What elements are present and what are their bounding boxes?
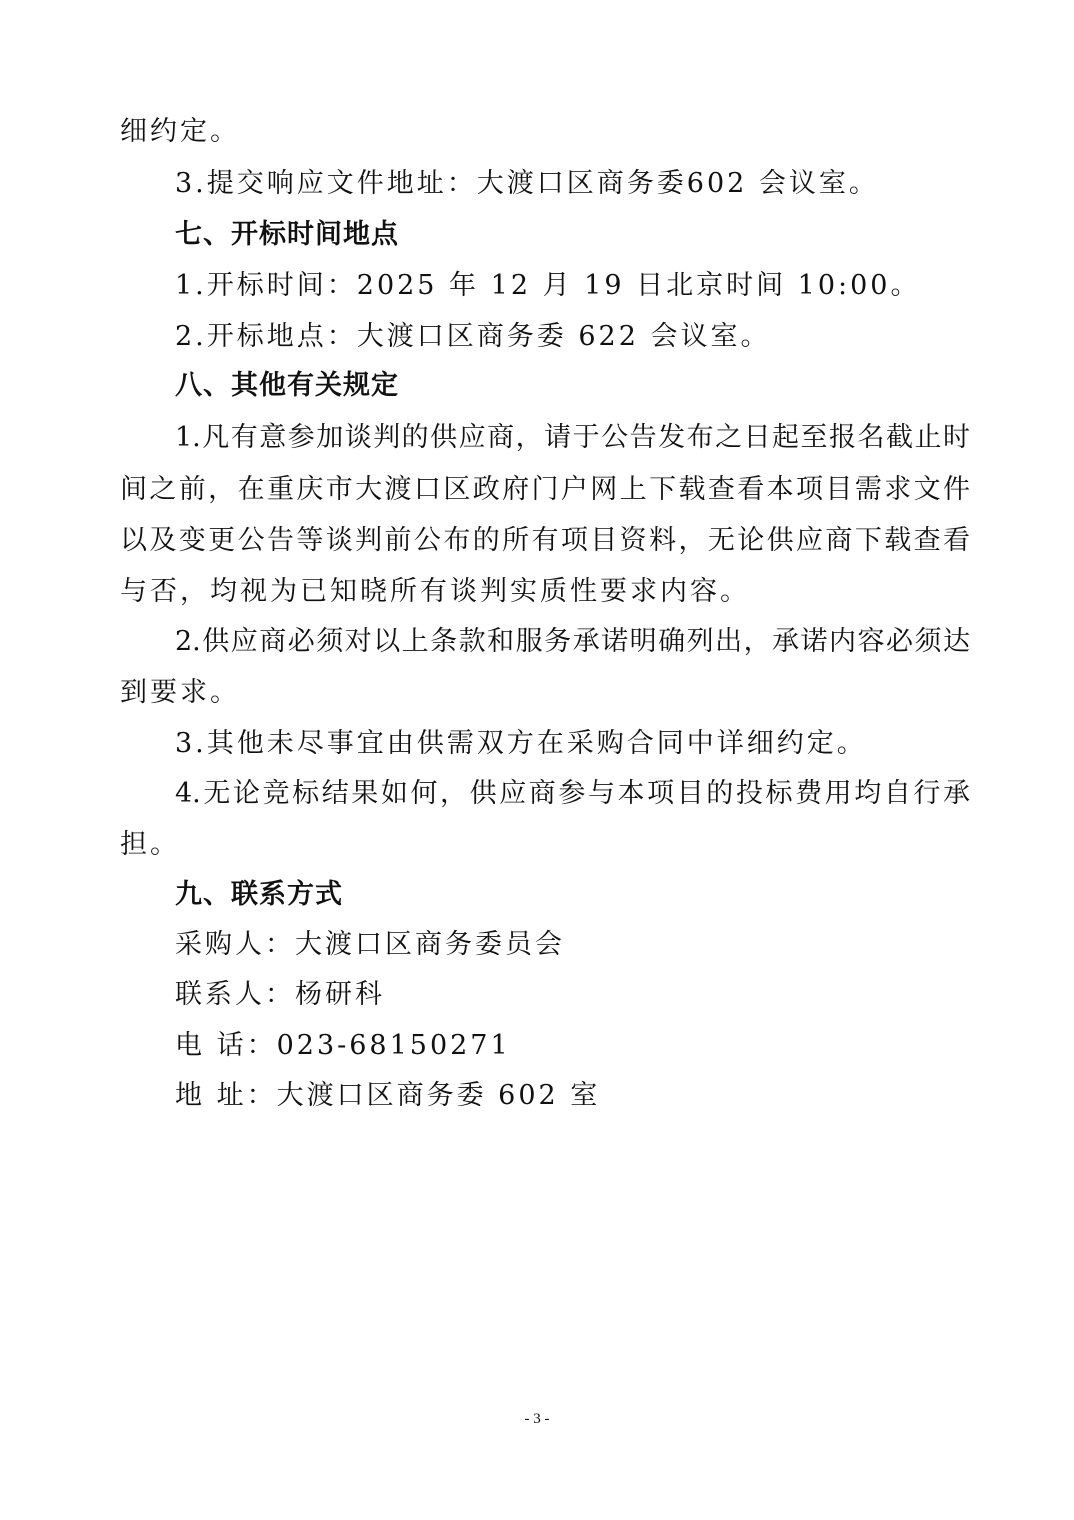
contact-phone: 电 话：023-68150271 bbox=[175, 1029, 511, 1063]
item-commitment-line1: 2.供应商必须对以上条款和服务承诺明确列出，承诺内容必须达 bbox=[175, 625, 970, 659]
item-commitment-line2: 到要求。 bbox=[120, 676, 240, 710]
contact-address: 地 址：大渡口区商务委 602 室 bbox=[175, 1079, 600, 1113]
contact-person: 联系人：杨研科 bbox=[175, 978, 385, 1012]
item-opening-place: 2.开标地点：大渡口区商务委 622 会议室。 bbox=[175, 320, 770, 354]
document-page: 细约定。 3.提交响应文件地址：大渡口区商务委602 会议室。 七、开标时间地点… bbox=[0, 0, 1074, 1520]
item-bid-cost-line1: 4.无论竞标结果如何，供应商参与本项目的投标费用均自行承 bbox=[175, 777, 970, 811]
contact-purchaser: 采购人：大渡口区商务委员会 bbox=[175, 928, 565, 962]
item-download-rule-line2: 间之前，在重庆市大渡口区政府门户网上下载查看本项目需求文件 bbox=[120, 473, 970, 507]
page-number: - 3 - bbox=[0, 1411, 1074, 1428]
item-submit-address: 3.提交响应文件地址：大渡口区商务委602 会议室。 bbox=[175, 167, 879, 201]
section-heading-8: 八、其他有关规定 bbox=[175, 369, 399, 403]
item-download-rule-line3: 以及变更公告等谈判前公布的所有项目资料，无论供应商下载查看 bbox=[120, 524, 970, 558]
item-other-matters: 3.其他未尽事宜由供需双方在采购合同中详细约定。 bbox=[175, 727, 867, 761]
item-bid-cost-line2: 担。 bbox=[120, 828, 180, 862]
item-opening-time: 1.开标时间：2025 年 12 月 19 日北京时间 10:00。 bbox=[175, 269, 921, 303]
section-heading-9: 九、联系方式 bbox=[175, 878, 343, 912]
item-download-rule-line4: 与否，均视为已知晓所有谈判实质性要求内容。 bbox=[120, 575, 750, 609]
paragraph-continuation: 细约定。 bbox=[120, 115, 240, 149]
item-download-rule-line1: 1.凡有意参加谈判的供应商，请于公告发布之日起至报名截止时 bbox=[175, 421, 970, 455]
section-heading-7: 七、开标时间地点 bbox=[175, 218, 399, 252]
